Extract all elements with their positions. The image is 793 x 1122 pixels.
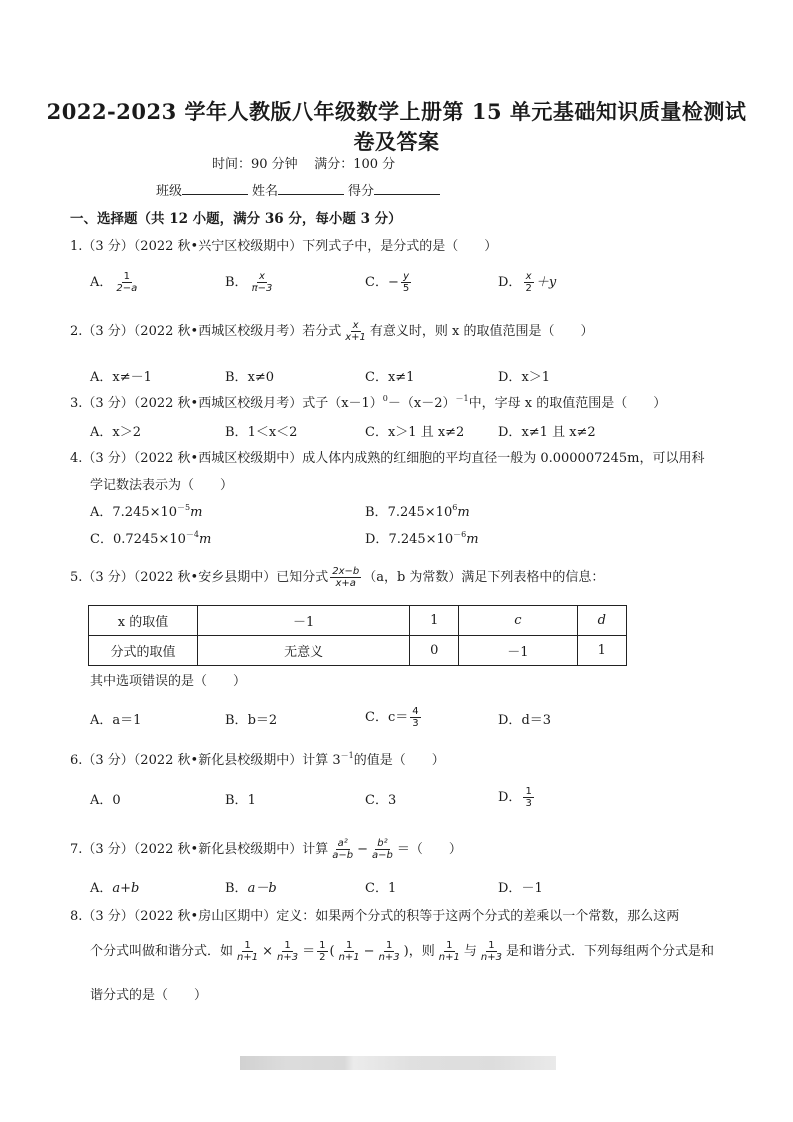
stem-text: ，则 bbox=[409, 944, 435, 959]
option-text: －1 bbox=[521, 881, 542, 896]
fraction: 1n+1 bbox=[337, 940, 362, 963]
option-label: B． bbox=[225, 425, 248, 440]
document-title-line-2: 卷及答案 bbox=[0, 126, 793, 156]
q7-option-c[interactable]: C．1 bbox=[365, 877, 396, 896]
q1-option-b[interactable]: B．xπ−3 bbox=[225, 271, 276, 294]
equals-sign: ＝ bbox=[302, 944, 315, 959]
fraction: b²a−b bbox=[370, 838, 395, 861]
minus-sign: − bbox=[364, 944, 375, 959]
exponent: －5 bbox=[177, 503, 190, 512]
fraction: 1n+1 bbox=[437, 940, 462, 963]
option-text: x＞2 bbox=[112, 425, 141, 440]
question-stem: （3 分）（2022 秋•房山区期中）定义：如果两个分式的积等于这两个分式的差乘… bbox=[82, 909, 679, 924]
fraction: xπ−3 bbox=[250, 271, 275, 294]
option-label: C． bbox=[365, 370, 388, 385]
option-text: x≠1 且 x≠2 bbox=[521, 425, 595, 440]
option-text: b＝2 bbox=[248, 713, 278, 728]
blurred-footer-watermark bbox=[240, 1056, 556, 1070]
option-text: c＝ bbox=[388, 710, 408, 725]
option-text: d＝3 bbox=[521, 713, 551, 728]
question-8-line-3: 谐分式的是（ ） bbox=[90, 984, 207, 1003]
q7-option-a[interactable]: A．a+b bbox=[90, 877, 139, 896]
fraction: 43 bbox=[410, 706, 420, 729]
question-8-line-2: 个分式叫做和谐分式．如1n+1×1n+3＝12(1n+1−1n+3)，则1n+1… bbox=[90, 940, 714, 963]
option-text: x＞1 且 x≠2 bbox=[388, 425, 464, 440]
table-cell: c bbox=[459, 606, 577, 636]
option-label: D． bbox=[498, 425, 521, 440]
class-blank[interactable] bbox=[182, 182, 248, 195]
fraction: a²a−b bbox=[330, 838, 355, 861]
fraction: 13 bbox=[523, 786, 533, 809]
table-row: x 的取值 －1 1 c d bbox=[89, 606, 627, 636]
table-row: 分式的取值 无意义 0 －1 1 bbox=[89, 636, 627, 666]
exam-info: 时间：90 分钟 满分：100 分 bbox=[212, 153, 395, 172]
table-cell: －1 bbox=[198, 606, 410, 636]
option-text: a－b bbox=[248, 881, 277, 896]
question-stem: （3 分）（2022 秋•安乡县期中）已知分式 bbox=[82, 570, 328, 585]
question-stem-end: 的值是（ ） bbox=[354, 753, 445, 768]
q1-option-c[interactable]: C．−y5 bbox=[365, 271, 413, 294]
table-cell: 1 bbox=[410, 606, 459, 636]
q5-option-c[interactable]: C．c＝43 bbox=[365, 706, 423, 729]
option-suffix: ＋y bbox=[536, 275, 556, 290]
q1-option-a[interactable]: A．12−a bbox=[90, 271, 141, 294]
question-4: 4.（3 分）（2022 秋•西城区校级期中）成人体内成熟的红细胞的平均直径一般… bbox=[70, 447, 705, 466]
unit: m bbox=[466, 532, 478, 547]
q3-option-d[interactable]: D．x≠1 且 x≠2 bbox=[498, 421, 596, 440]
question-2: 2.（3 分）（2022 秋•西城区校级月考）若分式xx+1有意义时，则 x 的… bbox=[70, 320, 593, 343]
question-stem-end: 中，字母 x 的取值范围是（ ） bbox=[469, 396, 667, 411]
q5-option-d[interactable]: D．d＝3 bbox=[498, 709, 551, 728]
option-label: A． bbox=[90, 881, 112, 896]
fraction: 1n+3 bbox=[479, 940, 504, 963]
q1-option-d[interactable]: D．x2＋y bbox=[498, 271, 556, 294]
option-label: D． bbox=[498, 881, 521, 896]
question-number: 8. bbox=[70, 909, 82, 924]
fraction: 12−a bbox=[114, 271, 139, 294]
option-label: A． bbox=[90, 370, 112, 385]
question-stem: （3 分）（2022 秋•西城区校级期中）成人体内成熟的红细胞的平均直径一般为 … bbox=[82, 451, 704, 466]
question-7: 7.（3 分）（2022 秋•新化县校级期中）计算a²a−b−b²a−b＝（ ） bbox=[70, 838, 462, 861]
option-label: D． bbox=[498, 790, 521, 805]
stem-text: 个分式叫做和谐分式．如 bbox=[90, 944, 233, 959]
option-text: 1 bbox=[248, 793, 256, 808]
option-text: a+b bbox=[112, 881, 139, 896]
q3-option-c[interactable]: C．x＞1 且 x≠2 bbox=[365, 421, 464, 440]
option-base: 0.7245×10 bbox=[113, 532, 186, 547]
option-text: a＝1 bbox=[112, 713, 141, 728]
option-label: D． bbox=[498, 275, 521, 290]
option-label: B． bbox=[365, 505, 388, 520]
table-cell: 0 bbox=[410, 636, 459, 666]
q2-option-d[interactable]: D．x＞1 bbox=[498, 366, 550, 385]
fraction: 1n+1 bbox=[235, 940, 260, 963]
table-header-cell: x 的取值 bbox=[89, 606, 198, 636]
fraction: xx+1 bbox=[343, 320, 368, 343]
option-base: 7.245×10 bbox=[388, 505, 453, 520]
document-title-line-1: 2022-2023 学年人教版八年级数学上册第 15 单元基础知识质量检测试 bbox=[0, 96, 793, 126]
option-text: 3 bbox=[388, 793, 396, 808]
q4-option-b[interactable]: B．7.245×106m bbox=[365, 501, 470, 520]
fraction: 1n+3 bbox=[377, 940, 402, 963]
question-number: 7. bbox=[70, 842, 82, 857]
option-base: 7.245×10 bbox=[112, 505, 177, 520]
exponent: －6 bbox=[453, 530, 466, 539]
score-label: 满分：100 分 bbox=[314, 157, 395, 172]
question-8: 8.（3 分）（2022 秋•房山区期中）定义：如果两个分式的积等于这两个分式的… bbox=[70, 905, 679, 924]
minus-sign: − bbox=[357, 842, 368, 857]
q5-option-a[interactable]: A．a＝1 bbox=[90, 709, 141, 728]
paren: ( bbox=[330, 944, 335, 959]
question-stem: （3 分）（2022 秋•新化县校级期中）计算 3 bbox=[82, 753, 340, 768]
option-label: C． bbox=[365, 793, 388, 808]
option-text: x＞1 bbox=[521, 370, 550, 385]
q6-option-c[interactable]: C．3 bbox=[365, 789, 396, 808]
time-label: 时间：90 分钟 bbox=[212, 157, 298, 172]
stem-text: 是和谐分式．下列每组两个分式是和 bbox=[506, 944, 714, 959]
q3-option-a[interactable]: A．x＞2 bbox=[90, 421, 141, 440]
option-label: B． bbox=[225, 713, 248, 728]
fraction: y5 bbox=[401, 271, 411, 294]
minus-sign: − bbox=[388, 275, 399, 290]
exponent: －1 bbox=[341, 751, 354, 760]
q6-option-d[interactable]: D．13 bbox=[498, 786, 536, 809]
q7-option-b[interactable]: B．a－b bbox=[225, 877, 277, 896]
option-text: x≠－1 bbox=[112, 370, 152, 385]
table-cell: －1 bbox=[459, 636, 577, 666]
option-label: B． bbox=[225, 370, 248, 385]
question-stem: （3 分）（2022 秋•西城区校级月考）式子（x－1） bbox=[82, 396, 382, 411]
question-5-followup: 其中选项错误的是（ ） bbox=[90, 670, 246, 689]
option-label: D． bbox=[498, 713, 521, 728]
q3-option-b[interactable]: B．1＜x＜2 bbox=[225, 421, 297, 440]
fraction: 12 bbox=[317, 940, 327, 963]
q6-option-b[interactable]: B．1 bbox=[225, 789, 256, 808]
name-label: 姓名 bbox=[252, 184, 278, 199]
q7-option-d[interactable]: D．－1 bbox=[498, 877, 543, 896]
q6-option-a[interactable]: A．0 bbox=[90, 789, 121, 808]
table-cell: 无意义 bbox=[198, 636, 410, 666]
question-number: 3. bbox=[70, 396, 82, 411]
option-label: A． bbox=[90, 425, 112, 440]
q4-option-c[interactable]: C．0.7245×10－4m bbox=[90, 528, 211, 547]
option-label: B． bbox=[225, 275, 248, 290]
q2-option-b[interactable]: B．x≠0 bbox=[225, 366, 274, 385]
option-text: x≠1 bbox=[388, 370, 415, 385]
score-blank[interactable] bbox=[374, 182, 440, 195]
question-stem-end: 有意义时，则 x 的取值范围是（ ） bbox=[370, 324, 594, 339]
question-number: 2. bbox=[70, 324, 82, 339]
option-label: C． bbox=[365, 881, 388, 896]
option-label: D． bbox=[498, 370, 521, 385]
question-stem-end: ＝（ ） bbox=[397, 842, 462, 857]
option-text: 1＜x＜2 bbox=[248, 425, 298, 440]
stem-text: 与 bbox=[464, 944, 477, 959]
q5-option-b[interactable]: B．b＝2 bbox=[225, 709, 277, 728]
option-label: D． bbox=[365, 532, 388, 547]
q2-option-c[interactable]: C．x≠1 bbox=[365, 366, 414, 385]
question-4-line-2: 学记数法表示为（ ） bbox=[90, 474, 233, 493]
unit: m bbox=[457, 505, 469, 520]
question-number: 4. bbox=[70, 451, 82, 466]
question-number: 1. bbox=[70, 239, 82, 254]
table-cell: d bbox=[577, 606, 626, 636]
question-3: 3.（3 分）（2022 秋•西城区校级月考）式子（x－1）0－（x－2）－1中… bbox=[70, 392, 666, 411]
option-label: A． bbox=[90, 793, 112, 808]
exponent: －4 bbox=[186, 530, 199, 539]
score-field-label: 得分 bbox=[348, 184, 374, 199]
unit: m bbox=[190, 505, 202, 520]
option-label: B． bbox=[225, 881, 248, 896]
option-text: 0 bbox=[112, 793, 120, 808]
option-label: C． bbox=[90, 532, 113, 547]
question-stem: （3 分）（2022 秋•兴宁区校级期中）下列式子中，是分式的是（ ） bbox=[82, 239, 497, 254]
question-stem: （3 分）（2022 秋•新化县校级期中）计算 bbox=[82, 842, 328, 857]
q2-option-a[interactable]: A．x≠－1 bbox=[90, 366, 152, 385]
option-text: 1 bbox=[388, 881, 396, 896]
question-stem-end: （a，b 为常数）满足下列表格中的信息： bbox=[363, 570, 604, 585]
question-number: 6. bbox=[70, 753, 82, 768]
option-label: C． bbox=[365, 425, 388, 440]
q4-option-d[interactable]: D．7.245×10－6m bbox=[365, 528, 479, 547]
table-header-cell: 分式的取值 bbox=[89, 636, 198, 666]
option-label: A． bbox=[90, 275, 112, 290]
question-number: 5. bbox=[70, 570, 82, 585]
fraction: x2 bbox=[523, 271, 533, 294]
question-6: 6.（3 分）（2022 秋•新化县校级期中）计算 3－1的值是（ ） bbox=[70, 749, 445, 768]
question-stem-mid: －（x－2） bbox=[388, 396, 456, 411]
question-5: 5.（3 分）（2022 秋•安乡县期中）已知分式2x−bx+a（a，b 为常数… bbox=[70, 566, 604, 589]
unit: m bbox=[199, 532, 211, 547]
fraction: 1n+3 bbox=[275, 940, 300, 963]
option-label: C． bbox=[365, 275, 388, 290]
question-1: 1.（3 分）（2022 秋•兴宁区校级期中）下列式子中，是分式的是（ ） bbox=[70, 235, 497, 254]
times-sign: × bbox=[262, 944, 273, 959]
option-base: 7.245×10 bbox=[388, 532, 453, 547]
section-title: 一、选择题（共 12 小题，满分 36 分，每小题 3 分） bbox=[70, 207, 402, 227]
option-text: x≠0 bbox=[248, 370, 275, 385]
option-label: C． bbox=[365, 710, 388, 725]
name-blank[interactable] bbox=[278, 182, 344, 195]
student-info-fields: 班级姓名得分 bbox=[156, 180, 444, 199]
question-stem: （3 分）（2022 秋•西城区校级月考）若分式 bbox=[82, 324, 341, 339]
q4-option-a[interactable]: A．7.245×10－5m bbox=[90, 501, 202, 520]
class-label: 班级 bbox=[156, 184, 182, 199]
exponent: －1 bbox=[456, 394, 469, 403]
option-label: A． bbox=[90, 505, 112, 520]
fraction: 2x−bx+a bbox=[330, 566, 361, 589]
option-label: B． bbox=[225, 793, 248, 808]
q5-value-table: x 的取值 －1 1 c d 分式的取值 无意义 0 －1 1 bbox=[88, 605, 627, 666]
option-label: A． bbox=[90, 713, 112, 728]
table-cell: 1 bbox=[577, 636, 626, 666]
